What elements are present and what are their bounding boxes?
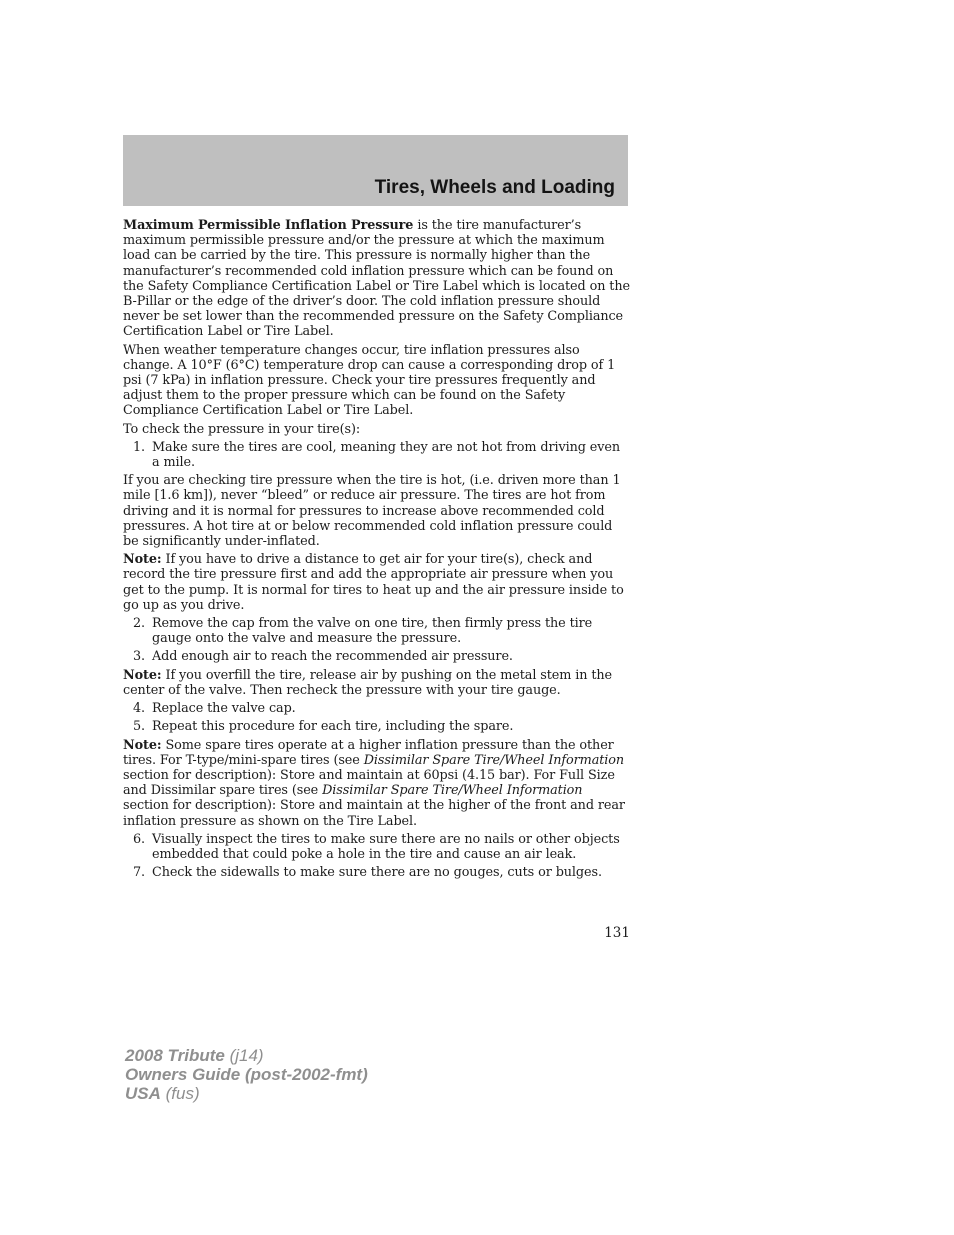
- list-item-number: 1.: [133, 440, 152, 470]
- list-item-number: 6.: [133, 832, 152, 862]
- numbered-list-item: 6.Visually inspect the tires to make sur…: [123, 832, 630, 862]
- bold-text-run: Note:: [123, 668, 162, 683]
- text-run: To check the pressure in your tire(s):: [123, 422, 360, 437]
- text-run: When weather temperature changes occur, …: [123, 343, 615, 419]
- footer-line: USA (fus): [125, 1084, 368, 1103]
- text-run: Add enough air to reach the recommended …: [152, 649, 513, 664]
- document-body: Maximum Permissible Inflation Pressure i…: [123, 218, 630, 883]
- text-run: If you overfill the tire, release air by…: [123, 668, 612, 698]
- paragraph: To check the pressure in your tire(s):: [123, 422, 630, 437]
- numbered-list-item: 5.Repeat this procedure for each tire, i…: [123, 719, 630, 734]
- text-run: Visually inspect the tires to make sure …: [152, 832, 620, 862]
- list-item-number: 2.: [133, 616, 152, 646]
- manual-page: Tires, Wheels and Loading Maximum Permis…: [0, 0, 954, 1235]
- list-item-text: Check the sidewalls to make sure there a…: [152, 865, 630, 880]
- paragraph: When weather temperature changes occur, …: [123, 343, 630, 419]
- italic-text-run: Dissimilar Spare Tire/Wheel Information: [322, 783, 582, 798]
- numbered-list-item: 7.Check the sidewalls to make sure there…: [123, 865, 630, 880]
- list-item-text: Repeat this procedure for each tire, inc…: [152, 719, 630, 734]
- numbered-list-item: 4.Replace the valve cap.: [123, 701, 630, 716]
- list-item-text: Visually inspect the tires to make sure …: [152, 832, 630, 862]
- footer: 2008 Tribute (j14)Owners Guide (post-200…: [125, 1046, 368, 1103]
- bold-text-run: Maximum Permissible Inflation Pressure: [123, 218, 413, 233]
- text-run: Replace the valve cap.: [152, 701, 296, 716]
- text-run: Make sure the tires are cool, meaning th…: [152, 440, 620, 470]
- paragraph: Note: Some spare tires operate at a high…: [123, 738, 630, 829]
- footer-line: 2008 Tribute (j14): [125, 1046, 368, 1065]
- text-run: Check the sidewalls to make sure there a…: [152, 865, 602, 880]
- footer-line: Owners Guide (post-2002-fmt): [125, 1065, 368, 1084]
- section-title: Tires, Wheels and Loading: [375, 178, 615, 197]
- text-run: If you have to drive a distance to get a…: [123, 552, 624, 613]
- list-item-text: Add enough air to reach the recommended …: [152, 649, 630, 664]
- paragraph: If you are checking tire pressure when t…: [123, 473, 630, 549]
- text-run: (fus): [161, 1084, 200, 1103]
- bold-text-run: USA: [125, 1084, 161, 1103]
- bold-text-run: Note:: [123, 738, 162, 753]
- text-run: section for description): Store and main…: [123, 798, 625, 828]
- list-item-number: 4.: [133, 701, 152, 716]
- list-item-text: Remove the cap from the valve on one tir…: [152, 616, 630, 646]
- numbered-list-item: 2.Remove the cap from the valve on one t…: [123, 616, 630, 646]
- bold-text-run: Owners Guide (post-2002-fmt): [125, 1065, 368, 1084]
- paragraph: Note: If you have to drive a distance to…: [123, 552, 630, 613]
- text-run: Remove the cap from the valve on one tir…: [152, 616, 592, 646]
- bold-text-run: 2008 Tribute: [125, 1046, 225, 1065]
- list-item-number: 7.: [133, 865, 152, 880]
- list-item-number: 5.: [133, 719, 152, 734]
- list-item-number: 3.: [133, 649, 152, 664]
- section-header-banner: Tires, Wheels and Loading: [123, 135, 628, 206]
- list-item-text: Replace the valve cap.: [152, 701, 630, 716]
- italic-text-run: Dissimilar Spare Tire/Wheel Information: [364, 753, 624, 768]
- numbered-list-item: 3.Add enough air to reach the recommende…: [123, 649, 630, 664]
- numbered-list-item: 1.Make sure the tires are cool, meaning …: [123, 440, 630, 470]
- text-run: is the tire manufacturer’s maximum permi…: [123, 218, 630, 339]
- paragraph: Maximum Permissible Inflation Pressure i…: [123, 218, 630, 340]
- list-item-text: Make sure the tires are cool, meaning th…: [152, 440, 630, 470]
- paragraph: Note: If you overfill the tire, release …: [123, 668, 630, 698]
- text-run: Repeat this procedure for each tire, inc…: [152, 719, 513, 734]
- text-run: (j14): [225, 1046, 264, 1065]
- text-run: If you are checking tire pressure when t…: [123, 473, 620, 549]
- bold-text-run: Note:: [123, 552, 162, 567]
- page-number: 131: [123, 925, 630, 941]
